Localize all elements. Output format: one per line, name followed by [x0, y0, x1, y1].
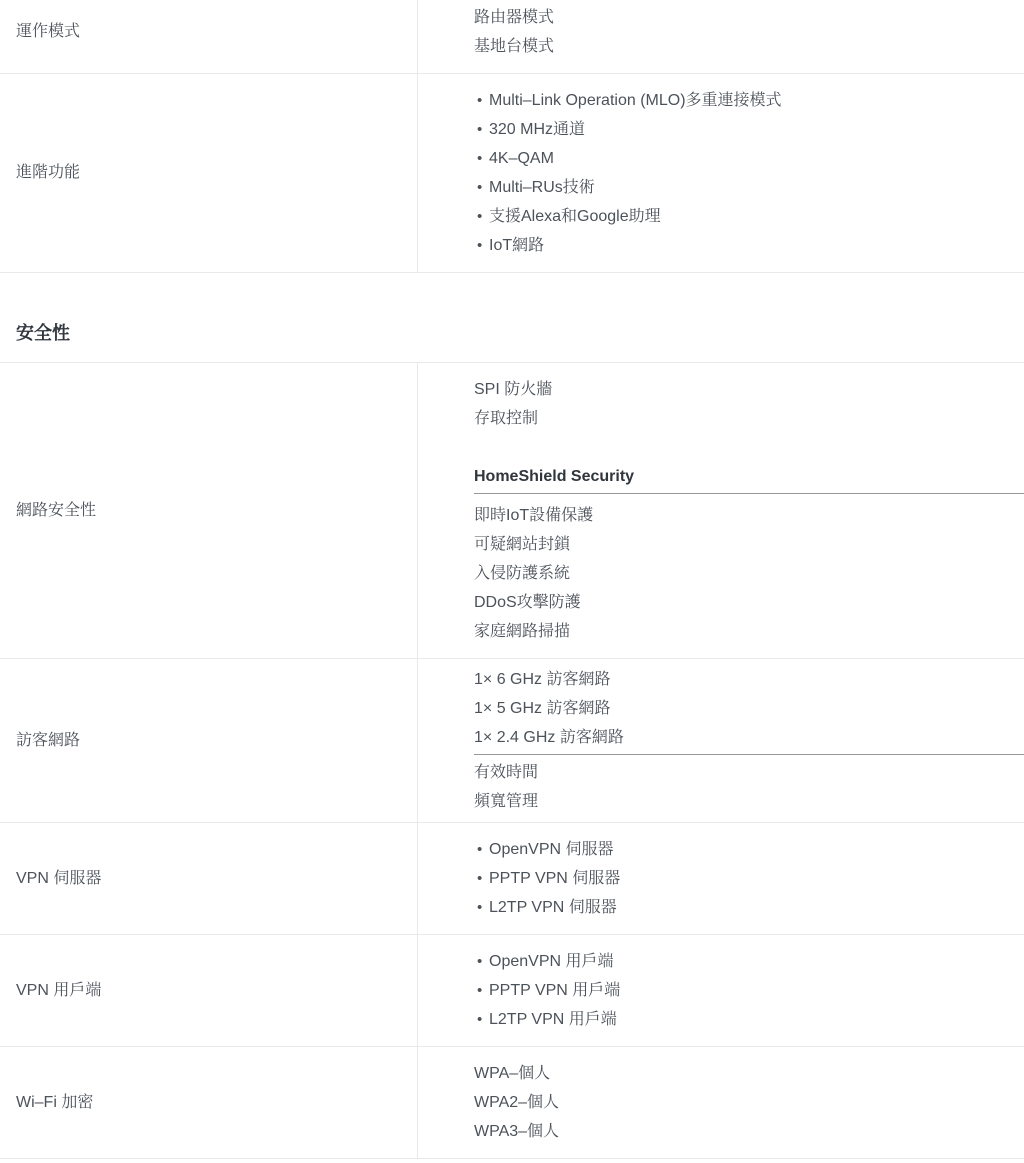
table-row: 網路安全性SPI 防火牆存取控制HomeShield Security即時IoT… — [0, 363, 1024, 659]
bullet-item-text: PPTP VPN 用戶端 — [489, 976, 620, 1005]
value-line: 存取控制 — [474, 404, 1024, 433]
table-row: 運作模式路由器模式基地台模式 — [0, 0, 1024, 74]
row-label-cell: Wi–Fi 加密 — [0, 1047, 418, 1158]
value-line: 家庭網路掃描 — [474, 617, 1024, 646]
bullet-item: •Multi–RUs技術 — [474, 173, 1024, 202]
table-row: 訪客網路1× 6 GHz 訪客網路1× 5 GHz 訪客網路1× 2.4 GHz… — [0, 659, 1024, 823]
row-value-cell: •Multi–Link Operation (MLO)多重連接模式•320 MH… — [418, 74, 1024, 272]
row-value-cell: •OpenVPN 伺服器•PPTP VPN 伺服器•L2TP VPN 伺服器 — [418, 823, 1024, 934]
row-label: Wi–Fi 加密 — [16, 1092, 93, 1114]
bullet-item-text: L2TP VPN 伺服器 — [489, 893, 617, 922]
bullet-dot-icon: • — [477, 976, 489, 1005]
row-value-cell: •OpenVPN 用戶端•PPTP VPN 用戶端•L2TP VPN 用戶端 — [418, 935, 1024, 1046]
bullet-dot-icon: • — [477, 893, 489, 922]
bullet-item-text: IoT網路 — [489, 231, 544, 260]
bullet-dot-icon: • — [477, 947, 489, 976]
value-line: 可疑網站封鎖 — [474, 530, 1024, 559]
row-label: 進階功能 — [16, 162, 80, 184]
bullet-item-text: 支援Alexa和Google助理 — [489, 202, 661, 231]
table-row: 進階功能•Multi–Link Operation (MLO)多重連接模式•32… — [0, 74, 1024, 273]
row-label-cell: 網路安全性 — [0, 363, 418, 658]
bullet-dot-icon: • — [477, 835, 489, 864]
bullet-item-text: L2TP VPN 用戶端 — [489, 1005, 617, 1034]
spec-content: 運作模式路由器模式基地台模式進階功能•Multi–Link Operation … — [0, 0, 1024, 1159]
row-value-cell: SPI 防火牆存取控制HomeShield Security即時IoT設備保護可… — [418, 363, 1024, 658]
bullet-item: •4K–QAM — [474, 144, 1024, 173]
bullet-item: •OpenVPN 伺服器 — [474, 835, 1024, 864]
bullet-item: •320 MHz通道 — [474, 115, 1024, 144]
value-line: DDoS攻擊防護 — [474, 588, 1024, 617]
value-line: 1× 5 GHz 訪客網路 — [474, 694, 1024, 723]
bullet-dot-icon: • — [477, 144, 489, 173]
row-value-cell: 路由器模式基地台模式 — [418, 0, 1024, 73]
table-row: VPN 伺服器•OpenVPN 伺服器•PPTP VPN 伺服器•L2TP VP… — [0, 823, 1024, 935]
value-line: WPA2–個人 — [474, 1088, 1024, 1117]
value-line: 1× 6 GHz 訪客網路 — [474, 665, 1024, 694]
row-label: 運作模式 — [16, 21, 80, 43]
bullet-item: •OpenVPN 用戶端 — [474, 947, 1024, 976]
bullet-dot-icon: • — [477, 115, 489, 144]
bullet-dot-icon: • — [477, 231, 489, 260]
row-label-cell: VPN 伺服器 — [0, 823, 418, 934]
bullet-item-text: Multi–Link Operation (MLO)多重連接模式 — [489, 86, 782, 115]
value-divider — [474, 754, 1024, 755]
bullet-item-text: Multi–RUs技術 — [489, 173, 595, 202]
spec-table-operation-advanced: 運作模式路由器模式基地台模式進階功能•Multi–Link Operation … — [0, 0, 1024, 273]
spec-table-security: 網路安全性SPI 防火牆存取控制HomeShield Security即時IoT… — [0, 362, 1024, 1159]
value-line: 有效時間 — [474, 758, 1024, 787]
row-value-cell: 1× 6 GHz 訪客網路1× 5 GHz 訪客網路1× 2.4 GHz 訪客網… — [418, 659, 1024, 822]
row-label: VPN 用戶端 — [16, 980, 101, 1002]
bullet-item-text: OpenVPN 伺服器 — [489, 835, 614, 864]
bullet-item-text: OpenVPN 用戶端 — [489, 947, 614, 976]
value-line: WPA3–個人 — [474, 1117, 1024, 1146]
bullet-item: •PPTP VPN 伺服器 — [474, 864, 1024, 893]
bullet-dot-icon: • — [477, 173, 489, 202]
bullet-item: •L2TP VPN 伺服器 — [474, 893, 1024, 922]
value-line: 路由器模式 — [474, 3, 1024, 32]
spec-page: 運作模式路由器模式基地台模式進階功能•Multi–Link Operation … — [0, 0, 1024, 1163]
bullet-item: •Multi–Link Operation (MLO)多重連接模式 — [474, 86, 1024, 115]
value-spacer — [474, 433, 1024, 462]
bullet-dot-icon: • — [477, 202, 489, 231]
row-label-cell: 訪客網路 — [0, 659, 418, 822]
value-subheader: HomeShield Security — [474, 462, 1024, 494]
section-header-security: 安全性 — [16, 323, 1024, 343]
bullet-dot-icon: • — [477, 86, 489, 115]
value-line: 基地台模式 — [474, 32, 1024, 61]
bullet-item-text: PPTP VPN 伺服器 — [489, 864, 620, 893]
table-row: Wi–Fi 加密WPA–個人WPA2–個人WPA3–個人 — [0, 1047, 1024, 1159]
value-line: 1× 2.4 GHz 訪客網路 — [474, 723, 1024, 752]
value-line: WPA–個人 — [474, 1059, 1024, 1088]
bullet-item: •PPTP VPN 用戶端 — [474, 976, 1024, 1005]
value-line: 入侵防護系統 — [474, 559, 1024, 588]
row-label: 網路安全性 — [16, 500, 96, 522]
bullet-item-text: 4K–QAM — [489, 144, 554, 173]
bullet-item: •支援Alexa和Google助理 — [474, 202, 1024, 231]
row-label: VPN 伺服器 — [16, 868, 101, 890]
row-label: 訪客網路 — [16, 730, 80, 752]
row-label-cell: 進階功能 — [0, 74, 418, 272]
bullet-dot-icon: • — [477, 864, 489, 893]
value-line: 頻寬管理 — [474, 787, 1024, 816]
bullet-item: •IoT網路 — [474, 231, 1024, 260]
row-value-cell: WPA–個人WPA2–個人WPA3–個人 — [418, 1047, 1024, 1158]
row-label-cell: 運作模式 — [0, 0, 418, 73]
value-line: 即時IoT設備保護 — [474, 501, 1024, 530]
bullet-item-text: 320 MHz通道 — [489, 115, 585, 144]
row-label-cell: VPN 用戶端 — [0, 935, 418, 1046]
value-line: SPI 防火牆 — [474, 375, 1024, 404]
table-row: VPN 用戶端•OpenVPN 用戶端•PPTP VPN 用戶端•L2TP VP… — [0, 935, 1024, 1047]
bullet-item: •L2TP VPN 用戶端 — [474, 1005, 1024, 1034]
bullet-dot-icon: • — [477, 1005, 489, 1034]
